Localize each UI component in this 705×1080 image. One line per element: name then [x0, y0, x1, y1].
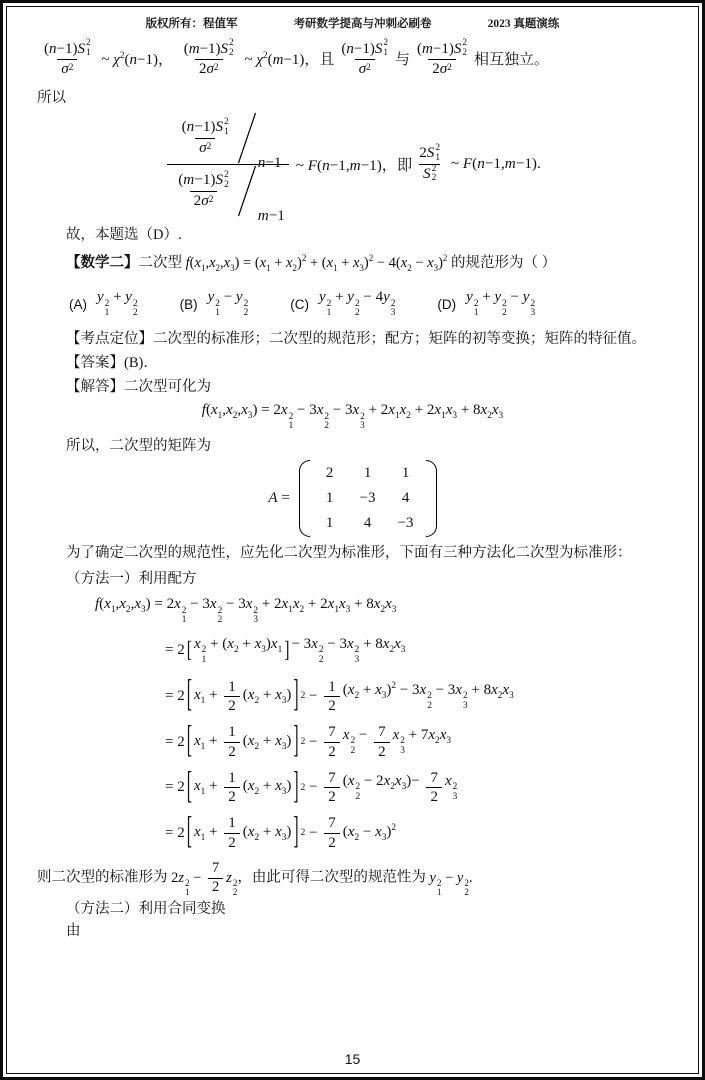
math-text: 【数学二】 — [66, 255, 139, 271]
math-text: x23 + 7x2x3 — [393, 727, 451, 757]
option-formula: y21 + y22 − 4y23 — [319, 289, 395, 319]
fraction: 12 — [224, 769, 240, 807]
page-header: 版权所有：程值军 考研数学提高与冲刺必刷卷 2023 真题演练 — [37, 12, 668, 31]
math-text: 由 — [66, 923, 81, 939]
math-text: (x2 + x3) — [243, 824, 292, 843]
fraction: (n−1)S21σ2 — [337, 39, 392, 78]
fraction: 12 — [224, 814, 240, 852]
diagonal-slash-icon — [237, 112, 257, 164]
option-formula: y21 − y22 — [208, 289, 249, 319]
math-text: x23 — [445, 773, 457, 803]
method2-title: （方法二）利用合同变换 — [37, 899, 668, 921]
math-text: x1 + — [194, 733, 221, 752]
fraction: (m−1)S222σ2 — [180, 39, 238, 78]
math-text: 为了确定二次型的规范性，应先化二次型为标准形，下面有三种方法化二次型为标准形： — [66, 545, 632, 561]
math-text: 2z21 − — [171, 870, 205, 886]
math-text: y21 − y22. — [430, 870, 473, 886]
suoyi-line: 所以 — [37, 88, 668, 110]
m1-eq2: = 2[x21 + (x2 + x3)x1]− 3x22 − 3x23 + 8x… — [37, 636, 668, 666]
math-text: = 2 — [165, 734, 185, 751]
diagonal-slash-icon — [237, 165, 257, 217]
matrix-cell: 4 — [397, 490, 415, 507]
matrix-left-paren — [299, 460, 310, 537]
math-text: 则二次型的标准形为 — [37, 870, 171, 886]
document-page: 版权所有：程值军 考研数学提高与冲刺必刷卷 2023 真题演练 (n−1)S21… — [0, 0, 705, 1080]
m1-eq4: = 2[x1 + 12(x2 + x3)]2 − 72x22 − 72x23 +… — [37, 723, 668, 761]
option-b: (B)y21 − y22 — [180, 289, 249, 319]
math-text: 的规范形为（ ） — [447, 255, 556, 271]
header-title: 考研数学提高与冲刺必刷卷 — [294, 15, 432, 31]
math-text: ，由此可得二次型的规范性为 — [237, 870, 429, 886]
question-math2: 【数学二】二次型 f(x1,x2,x3) = (x1 + x2)2 + (x1 … — [37, 252, 668, 275]
big-bracket: [ — [185, 824, 194, 842]
matrix-cell: 1 — [359, 465, 377, 482]
standard-form-result: 则二次型的标准形为 2z21 − 72z22，由此可得二次型的规范性为 y21 … — [37, 860, 668, 897]
divisor-text: n−1 — [258, 154, 282, 173]
fraction: 72 — [374, 723, 390, 761]
document-body: (n−1)S21σ2 ~ χ2(n−1)， (m−1)S222σ2 ~ χ2(m… — [37, 39, 668, 943]
math-text: ~ F(n−1,m−1)，即 — [292, 154, 412, 175]
option-label: (A) — [69, 297, 87, 312]
kaodian-line: 【考点定位】二次型的标准形；二次型的规范形；配方；矩阵的初等变换；矩阵的特征值。 — [37, 329, 668, 351]
math-text: = 2 — [165, 779, 185, 796]
math-text: (x2 + x3) — [243, 687, 292, 706]
math-text: x22 − — [343, 727, 371, 757]
option-d: (D)y21 + y22 − y23 — [437, 289, 535, 319]
big-bracket: ] — [282, 642, 291, 660]
option-formula: y21 + y22 − y23 — [466, 289, 535, 319]
big-bracket: [ — [185, 687, 194, 705]
matrix-cell: −3 — [359, 490, 377, 507]
math-text: = 2 — [165, 825, 185, 842]
fraction: 72 — [208, 860, 223, 896]
matrix-cell: 1 — [321, 490, 339, 507]
math-text: 相互独立。 — [474, 48, 549, 69]
fraction: 72 — [324, 769, 340, 807]
math-text: 所以 — [37, 90, 66, 106]
math-text: (x2 + x3) — [243, 733, 292, 752]
math-text: x1 + — [194, 778, 221, 797]
math-text: 与 — [395, 48, 410, 69]
header-edition: 2023 真题演练 — [488, 15, 560, 31]
math-text: ~ χ2(m−1)，且 — [241, 48, 335, 69]
math-text: = 2 — [165, 688, 185, 705]
matrix-intro: 所以，二次型的矩阵为 — [37, 436, 668, 458]
chi-square-independence-line: (n−1)S21σ2 ~ χ2(n−1)， (m−1)S222σ2 ~ χ2(m… — [37, 39, 668, 78]
math-text: (x2 + x3) — [243, 778, 292, 797]
m1-eq1: f(x1,x2,x3) = 2x21 − 3x22 − 3x23 + 2x1x2… — [37, 596, 668, 626]
big-bracket: ]2 — [291, 779, 305, 797]
matrix-display: A = 2111−3414−3 — [37, 460, 668, 537]
big-bracket: ]2 — [291, 824, 305, 842]
divisor-text: m−1 — [258, 207, 285, 226]
math-text: 【解答】二次型可化为 — [66, 379, 211, 395]
fraction: (m−1)S222σ2 — [174, 171, 233, 210]
math-text: A = — [268, 490, 293, 507]
fraction: 12 — [324, 678, 340, 716]
header-copyright: 版权所有：程值军 — [146, 15, 238, 31]
big-bracket: [ — [185, 779, 194, 797]
option-label: (C) — [290, 297, 309, 312]
answer-line: 【答案】(B)． — [37, 353, 668, 375]
big-bracket: [ — [185, 733, 194, 751]
fraction: (n−1)S21σ2 — [40, 39, 95, 78]
page-number: 15 — [7, 1051, 698, 1067]
conclusion-d-line: 故，本题选（D）. — [37, 225, 668, 247]
math-text: f(x1,x2,x3) = 2x21 − 3x22 − 3x23 + 2x1x2… — [202, 402, 503, 432]
you-line: 由 — [37, 921, 668, 943]
math-text: − — [305, 825, 321, 842]
fraction: 12 — [224, 678, 240, 716]
matrix-right-paren — [426, 460, 437, 537]
option-a: (A)y21 + y22 — [69, 289, 138, 319]
math-text: x1 + — [194, 687, 221, 706]
matrix-cell: 1 — [321, 515, 339, 532]
math-text: (x2 + x3)2 − 3x22 − 3x23 + 8x2x3 — [343, 681, 514, 712]
math-text: ~ χ2(n−1)， — [98, 48, 177, 69]
matrix-cell: 2 — [321, 465, 339, 482]
matrix-cell: 4 — [359, 515, 377, 532]
option-c: (C)y21 + y22 − 4y23 — [290, 289, 395, 319]
option-label: (B) — [180, 297, 198, 312]
math-text: − 3x22 − 3x23 + 8x2x3 — [291, 636, 405, 666]
math-text: x21 + (x2 + x3)x1 — [194, 636, 282, 666]
fraction: (n−1)S21σ2n−1(m−1)S222σ2m−1 — [167, 112, 289, 217]
math-text: = 2 — [165, 642, 185, 659]
math-text: （方法一）利用配方 — [66, 571, 197, 587]
quadratic-expanded: f(x1,x2,x3) = 2x21 − 3x22 − 3x23 + 2x1x2… — [37, 402, 668, 432]
math-text: 【答案】(B)． — [66, 355, 158, 371]
matrix-cell: 1 — [397, 465, 415, 482]
matrix-cell: −3 — [397, 515, 415, 532]
big-bracket: ]2 — [291, 733, 305, 751]
math-text: 所以，二次型的矩阵为 — [66, 438, 211, 454]
math-text: − — [305, 688, 321, 705]
m1-eq3: = 2[x1 + 12(x2 + x3)]2 − 12(x2 + x3)2 − … — [37, 678, 668, 716]
math-text: 故，本题选（D）. — [66, 227, 182, 243]
fraction: 72 — [426, 769, 442, 807]
m1-eq5: = 2[x1 + 12(x2 + x3)]2 − 72(x22 − 2x2x3)… — [37, 769, 668, 807]
math-text: z22 — [226, 870, 237, 886]
jieda-line: 【解答】二次型可化为 — [37, 377, 668, 399]
fraction: (n−1)S21σ2 — [178, 118, 233, 157]
option-formula: y21 + y22 — [97, 289, 138, 319]
big-bracket: ]2 — [291, 687, 305, 705]
page-frame: 版权所有：程值军 考研数学提高与冲刺必刷卷 2023 真题演练 (n−1)S21… — [6, 6, 699, 1074]
math-text: 二次型 — [139, 255, 186, 271]
fraction: (m−1)S222σ2 — [413, 39, 471, 78]
standard-form-intro: 为了确定二次型的规范性，应先化二次型为标准形，下面有三种方法化二次型为标准形： — [37, 543, 668, 565]
math-text: （方法二）利用合同变换 — [66, 901, 226, 917]
matrix: 2111−3414−3 — [299, 460, 437, 537]
math-text: − — [305, 734, 321, 751]
math-text: f(x1,x2,x3) = (x1 + x2)2 + (x1 + x3)2 − … — [186, 255, 448, 271]
fraction: 2S21S22 — [415, 144, 444, 185]
math-text: − — [305, 779, 321, 796]
f-distribution-display: (n−1)S21σ2n−1(m−1)S222σ2m−1 ~ F(n−1,m−1)… — [37, 112, 668, 217]
big-bracket: [ — [185, 642, 194, 660]
math-text: x1 + — [194, 824, 221, 843]
math-text: f(x1,x2,x3) = 2x21 − 3x22 − 3x23 + 2x1x2… — [95, 596, 396, 626]
fraction: 72 — [324, 814, 340, 852]
bevelled-fraction: (n−1)S21σ2n−1 — [175, 112, 282, 164]
fraction: 12 — [224, 723, 240, 761]
math-text: ~ F(n−1,m−1). — [447, 155, 541, 173]
option-label: (D) — [437, 297, 456, 312]
math-text: (x22 − 2x2x3)− — [343, 773, 424, 803]
math-text: 【考点定位】二次型的标准形；二次型的规范形；配方；矩阵的初等变换；矩阵的特征值。 — [66, 331, 646, 347]
fraction: 72 — [324, 723, 340, 761]
math-text: (x2 − x3)2 — [343, 823, 396, 843]
m1-eq6: = 2[x1 + 12(x2 + x3)]2 − 72(x2 − x3)2 — [37, 814, 668, 852]
method1-title: （方法一）利用配方 — [37, 569, 668, 591]
options-row: (A)y21 + y22(B)y21 − y22(C)y21 + y22 − 4… — [37, 289, 668, 319]
